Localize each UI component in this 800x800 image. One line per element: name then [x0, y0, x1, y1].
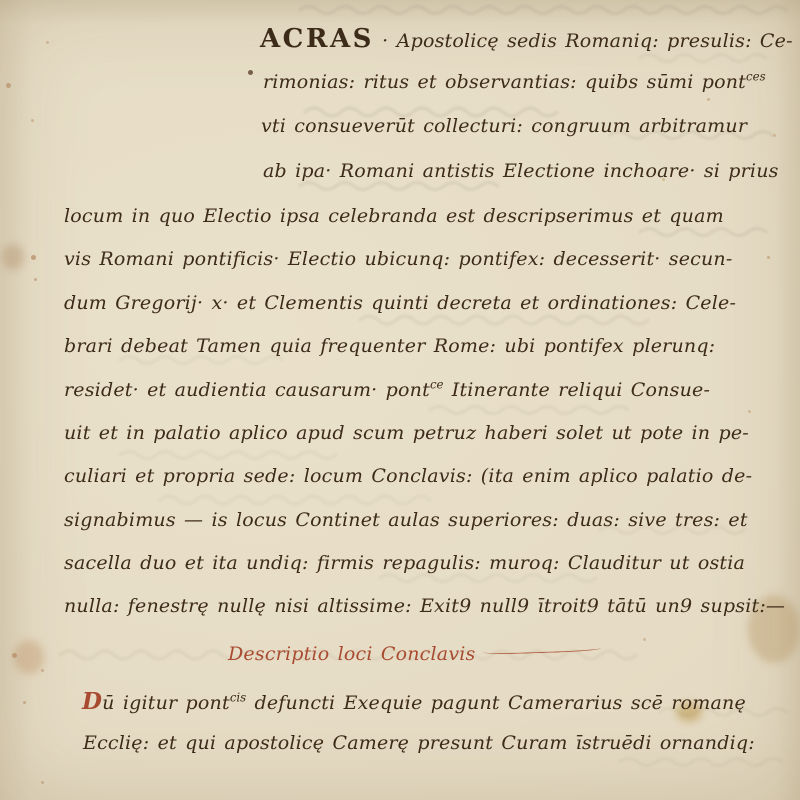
line-text: brari debeat Tamen quia frequenter Rome:… — [64, 335, 715, 357]
manuscript-line: vis Romani pontificis· Electio ubicunq: … — [64, 248, 733, 270]
abbreviation-superscript: ces — [746, 70, 766, 84]
manuscript-line: nulla: fenestrę nullę nisi altissime: Ex… — [64, 595, 785, 617]
rubric-heading: Descriptio loci Conclavis — [228, 643, 601, 665]
line-text: nulla: fenestrę nullę nisi altissime: Ex… — [64, 595, 785, 617]
manuscript-line: ACRAS · Apostolicę sedis Romaniq: presul… — [260, 24, 793, 54]
manuscript-line: rimonias: ritus et observantias: quibs s… — [263, 71, 766, 93]
line-text: residet· et audientia causarum· pont — [64, 379, 430, 401]
line-text: locum in quo Electio ipsa celebranda est… — [64, 205, 724, 227]
manuscript-text: ACRAS · Apostolicę sedis Romaniq: presul… — [0, 0, 800, 800]
line-text: Ecclię: et qui apostolicę Camerę presunt… — [83, 732, 755, 754]
manuscript-line: sacella duo et ita undiq: firmis repagul… — [64, 552, 745, 574]
manuscript-line: culiari et propria sede: locum Conclavis… — [64, 465, 752, 487]
opening-capitals: ACRAS — [260, 24, 374, 54]
manuscript-line: brari debeat Tamen quia frequenter Rome:… — [64, 335, 715, 357]
line-text: ab ipa· Romani antistis Electione inchoa… — [263, 160, 779, 182]
line-text: Itinerante reliqui Consue- — [444, 379, 711, 401]
line-text: · Apostolicę sedis Romaniq: presulis: Ce… — [374, 30, 793, 52]
line-text: ū igitur pont — [102, 692, 230, 714]
line-text: sacella duo et ita undiq: firmis repagul… — [64, 552, 745, 574]
manuscript-line: Ecclię: et qui apostolicę Camerę presunt… — [83, 732, 755, 754]
line-text: defuncti Exequie pagunt Camerarius scē r… — [246, 692, 746, 714]
manuscript-line: ab ipa· Romani antistis Electione inchoa… — [263, 160, 779, 182]
manuscript-line: residet· et audientia causarum· pontce I… — [64, 379, 710, 401]
abbreviation-superscript: ce — [430, 378, 444, 392]
line-text: rimonias: ritus et observantias: quibs s… — [263, 71, 746, 93]
manuscript-line: dum Gregorij· x· et Clementis quinti dec… — [64, 292, 736, 314]
line-text: culiari et propria sede: locum Conclavis… — [64, 465, 752, 487]
manuscript-line: Dū igitur pontcis defuncti Exequie pagun… — [82, 688, 746, 715]
manuscript-line: signabimus — is locus Continet aulas sup… — [64, 509, 748, 531]
manuscript-line: locum in quo Electio ipsa celebranda est… — [64, 205, 724, 227]
manuscript-line: uit et in palatio aplico apud scum petru… — [64, 422, 749, 444]
line-text: uit et in palatio aplico apud scum petru… — [64, 422, 749, 444]
manuscript-line: vti consueverūt collecturi: congruum arb… — [261, 115, 747, 137]
line-text: signabimus — is locus Continet aulas sup… — [64, 509, 748, 531]
rubric-text: Descriptio loci Conclavis — [228, 643, 475, 665]
rubricated-initial: D — [82, 688, 102, 715]
line-text: vis Romani pontificis· Electio ubicunq: … — [64, 248, 733, 270]
line-text: dum Gregorij· x· et Clementis quinti dec… — [64, 292, 736, 314]
manuscript-page: ACRAS · Apostolicę sedis Romaniq: presul… — [0, 0, 800, 800]
line-text: vti consueverūt collecturi: congruum arb… — [261, 115, 747, 137]
abbreviation-superscript: cis — [230, 691, 246, 705]
